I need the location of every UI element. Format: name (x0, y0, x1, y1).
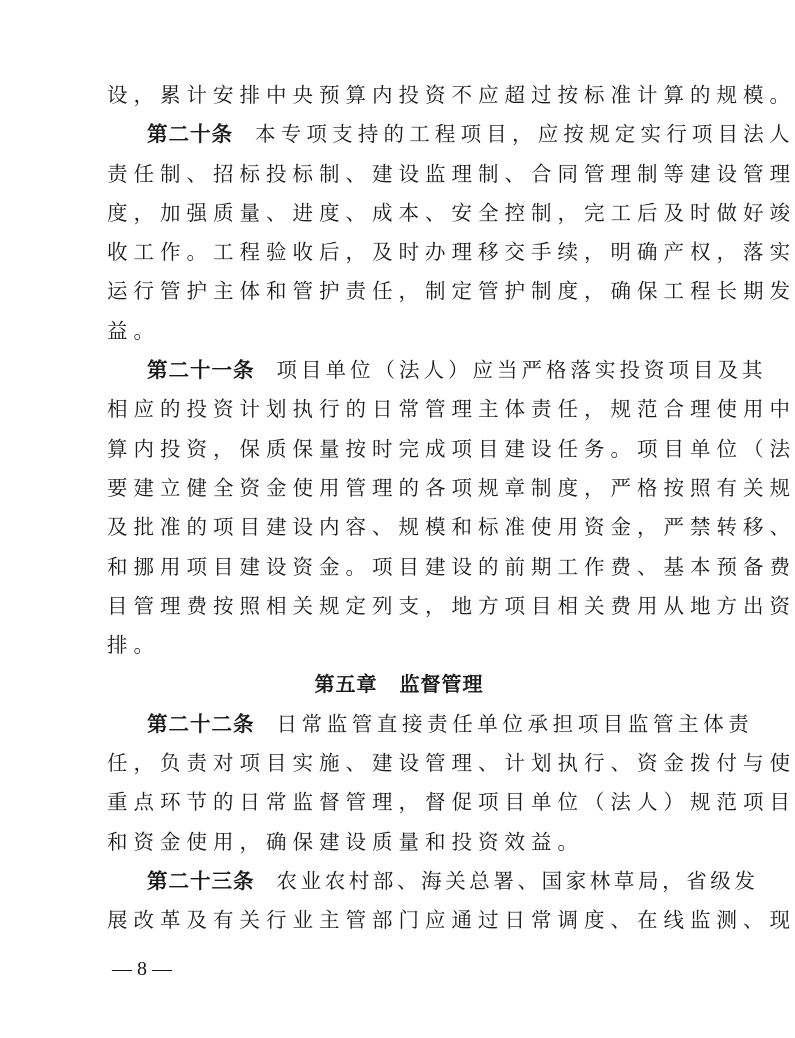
paragraph-line: 和挪用项目建设资金。项目建设的前期工作费、基本预备费及项 (107, 548, 691, 587)
paragraph-line: 益。 (107, 312, 691, 351)
article-first-line: 第二十三条农业农村部、海关总署、国家林草局，省级发 (107, 862, 691, 901)
paragraph-line: 责任制、招标投标制、建设监理制、合同管理制等建设管理制 (107, 155, 691, 194)
paragraph-line: 要建立健全资金使用管理的各项规章制度，严格按照有关规定以 (107, 469, 691, 508)
chapter-number: 第五章 (315, 672, 378, 696)
article-21: 第二十一条项目单位（法人）应当严格落实投资项目及其 相应的投资计划执行的日常管理… (107, 351, 691, 665)
article-label: 第二十一条 (147, 358, 255, 382)
paragraph-line: 度，加强质量、进度、成本、安全控制，完工后及时做好竣工验 (107, 194, 691, 233)
article-22: 第二十二条日常监管直接责任单位承担项目监管主体责 任，负责对项目实施、建设管理、… (107, 705, 691, 862)
article-label: 第二十三条 (147, 869, 255, 893)
paragraph-line: 算内投资，保质保量按时完成项目建设任务。项目单位（法人） (107, 430, 691, 469)
paragraph-line: 目管理费按照相关规定列支，地方项目相关费用从地方出资中安 (107, 587, 691, 626)
article-text: 本专项支持的工程项目，应按规定实行项目法人 (255, 122, 795, 146)
article-text: 农业农村部、海关总署、国家林草局，省级发 (277, 869, 759, 893)
article-23: 第二十三条农业农村部、海关总署、国家林草局，省级发 展改革及有关行业主管部门应通… (107, 862, 691, 941)
article-first-line: 第二十条本专项支持的工程项目，应按规定实行项目法人 (107, 115, 691, 154)
article-first-line: 第二十一条项目单位（法人）应当严格落实投资项目及其 (107, 351, 691, 390)
article-label: 第二十条 (147, 122, 233, 146)
paragraph-line: 展改革及有关行业主管部门应通过日常调度、在线监测、现场监 (107, 901, 691, 940)
paragraph-line: 排。 (107, 626, 691, 665)
article-label: 第二十二条 (147, 712, 255, 736)
paragraph-line: 相应的投资计划执行的日常管理主体责任，规范合理使用中央预 (107, 390, 691, 429)
paragraph-line: 收工作。工程验收后，及时办理移交手续，明确产权，落实工程 (107, 233, 691, 272)
paragraph-line: 和资金使用，确保建设质量和投资效益。 (107, 823, 691, 862)
paragraph-line: 运行管护主体和管护责任，制定管护制度，确保工程长期发挥效 (107, 272, 691, 311)
paragraph-line: 重点环节的日常监督管理，督促项目单位（法人）规范项目管理 (107, 783, 691, 822)
article-text: 项目单位（法人）应当严格落实投资项目及其 (277, 358, 767, 382)
paragraph-line: 任，负责对项目实施、建设管理、计划执行、资金拨付与使用等 (107, 744, 691, 783)
paragraph-line: 设，累计安排中央预算内投资不应超过按标准计算的规模。 (107, 76, 691, 115)
document-page: 设，累计安排中央预算内投资不应超过按标准计算的规模。 第二十条本专项支持的工程项… (107, 76, 691, 941)
article-first-line: 第二十二条日常监管直接责任单位承担项目监管主体责 (107, 705, 691, 744)
article-20: 第二十条本专项支持的工程项目，应按规定实行项目法人 责任制、招标投标制、建设监理… (107, 115, 691, 351)
page-number: — 8 — (112, 958, 172, 981)
chapter-title: 监督管理 (400, 672, 484, 696)
chapter-heading: 第五章监督管理 (107, 665, 691, 704)
article-text: 日常监管直接责任单位承担项目监管主体责 (277, 712, 754, 736)
paragraph-line: 及批准的项目建设内容、规模和标准使用资金，严禁转移、侵占 (107, 508, 691, 547)
